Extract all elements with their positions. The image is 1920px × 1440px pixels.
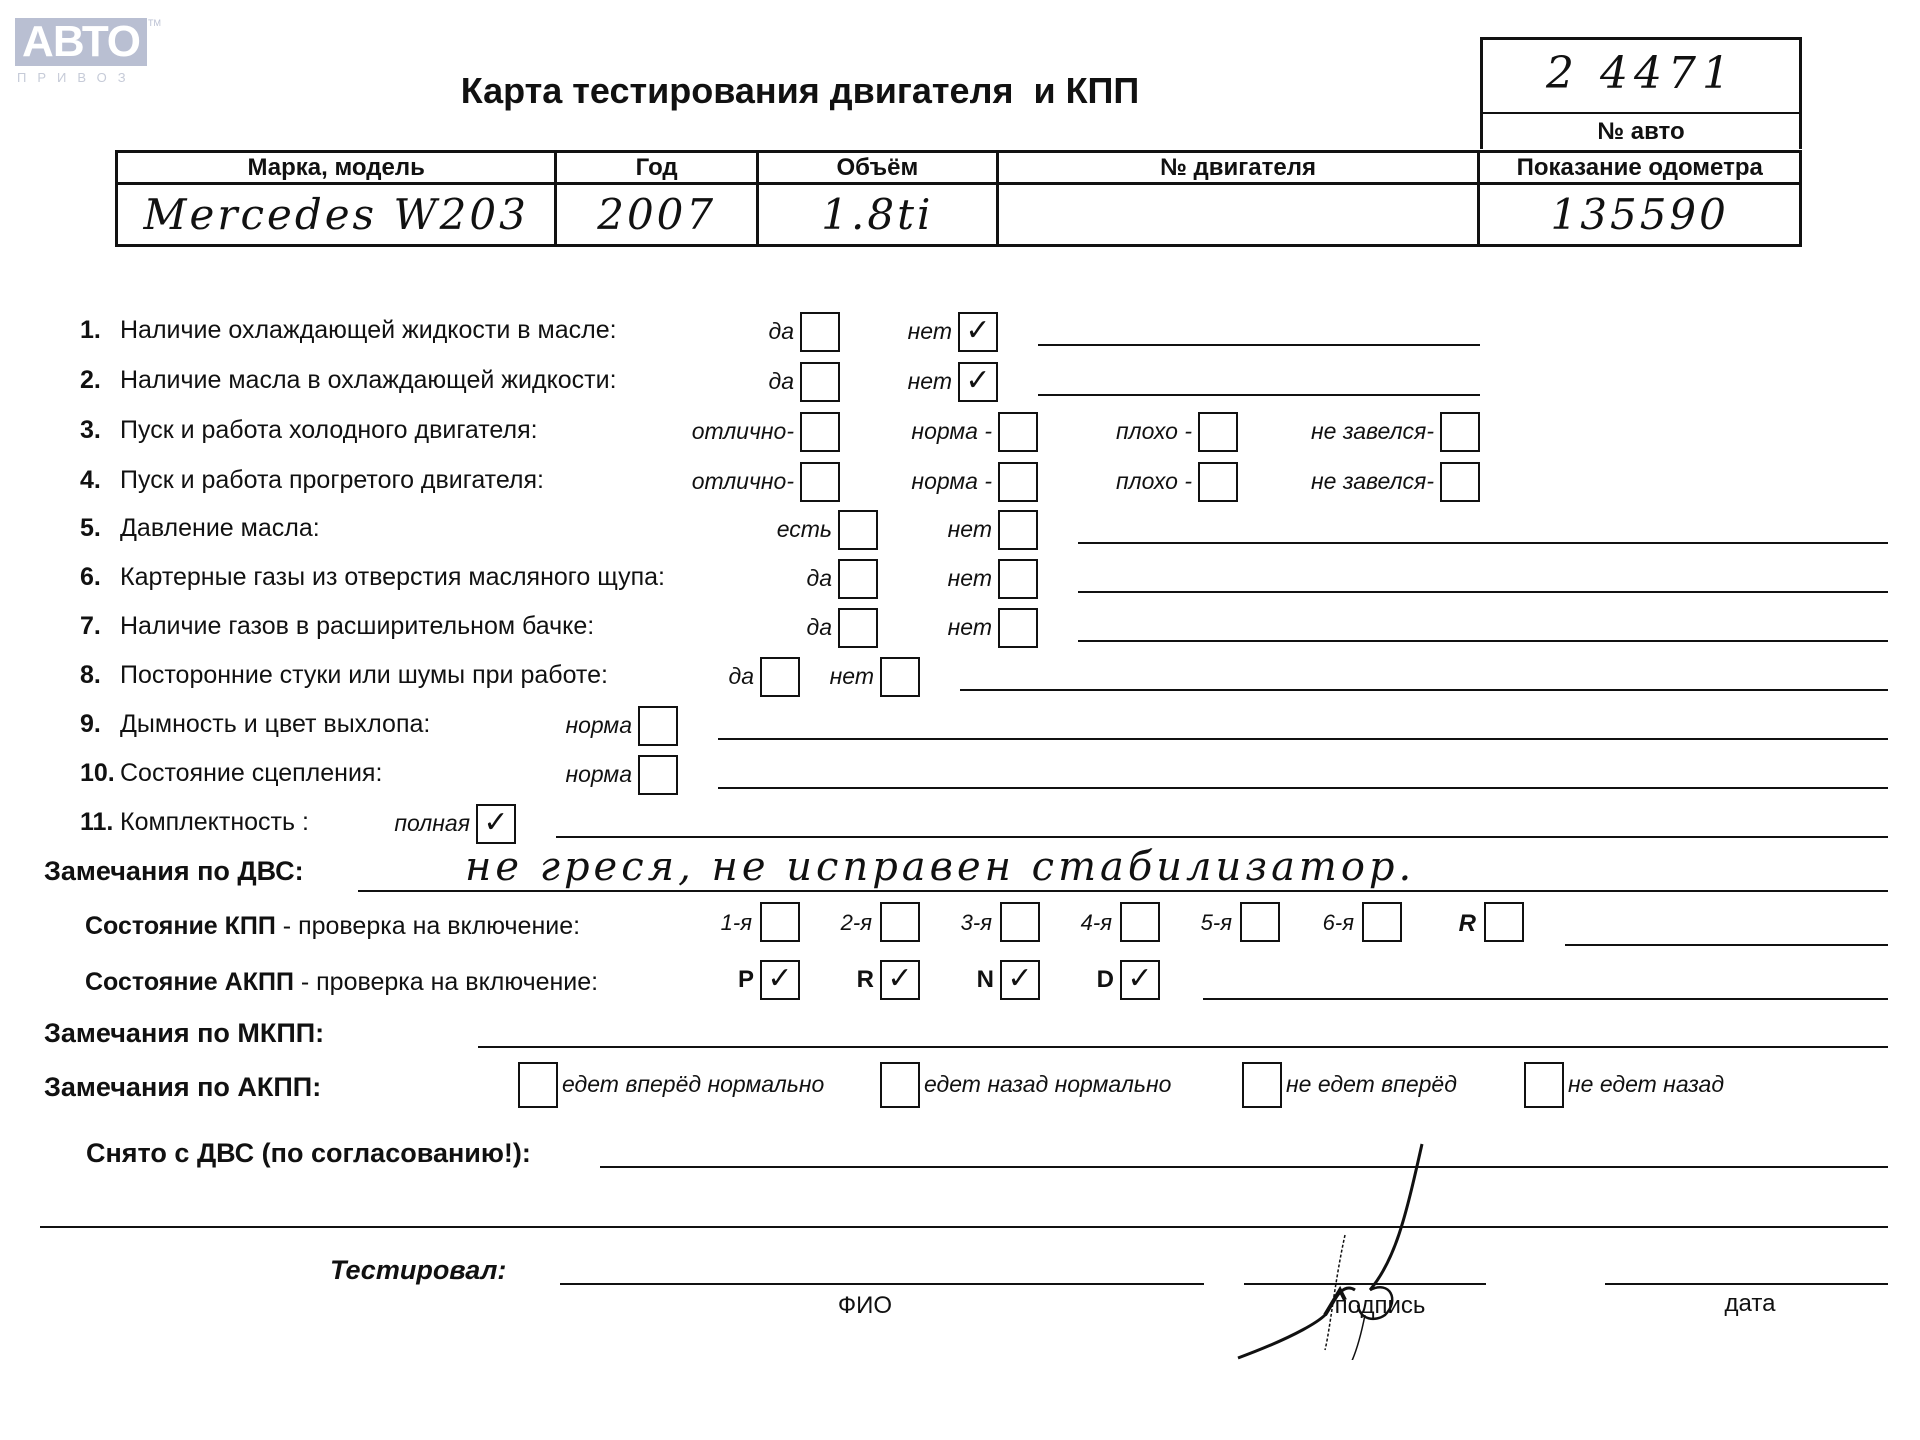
- option-label: нет: [776, 614, 992, 641]
- notes-line[interactable]: [1038, 394, 1480, 396]
- auto-remark-checkbox[interactable]: [1524, 1062, 1564, 1108]
- auto-remark-option-label: не едет назад: [1568, 1071, 1724, 1098]
- removed-line-2[interactable]: [40, 1226, 1888, 1228]
- checkbox[interactable]: [1440, 412, 1480, 452]
- option-label: нет: [776, 516, 992, 543]
- item-text: Наличие масла в охлаждающей жидкости:: [120, 366, 617, 394]
- option-label: плохо -: [976, 468, 1192, 495]
- manual-gearbox-line: [1565, 944, 1888, 946]
- item-number: 5.: [80, 514, 120, 543]
- name-caption: ФИО: [780, 1292, 950, 1320]
- volume-value[interactable]: 1.8ti: [758, 184, 998, 246]
- auto-remark-option-label: едет вперёд нормально: [562, 1071, 824, 1098]
- checkbox[interactable]: [998, 559, 1038, 599]
- manual-gearbox-label-bold: Состояние КПП: [85, 912, 276, 940]
- name-line[interactable]: [560, 1283, 1204, 1285]
- manual-gearbox-label: Состояние КПП - проверка на включение:: [85, 912, 580, 941]
- table-header-row: Марка, модель Год Объём № двигателя Пока…: [117, 152, 1801, 184]
- checklist-item-label: 4.Пуск и работа прогретого двигателя:: [80, 466, 544, 495]
- table-row: Mercedes W203 2007 1.8ti 135590: [117, 184, 1801, 246]
- header-year: Год: [556, 152, 758, 184]
- auto-remark-option-label: не едет вперёд: [1286, 1071, 1457, 1098]
- header-odometer: Показание одометра: [1479, 152, 1801, 184]
- gear-label: R: [1260, 910, 1476, 938]
- option-label: нет: [736, 368, 952, 395]
- signature-scribble: [1230, 1140, 1450, 1360]
- odometer-value[interactable]: 135590: [1479, 184, 1801, 246]
- item-number: 4.: [80, 466, 120, 495]
- date-caption: дата: [1670, 1290, 1830, 1318]
- checklist-item-label: 3.Пуск и работа холодного двигателя:: [80, 416, 538, 445]
- page-title: Карта тестирования двигателя и КПП: [200, 70, 1400, 112]
- checklist-item-label: 10.Состояние сцепления:: [80, 759, 382, 788]
- option-label: нет: [736, 318, 952, 345]
- engine-number-value[interactable]: [997, 184, 1479, 246]
- vehicle-info-table: Марка, модель Год Объём № двигателя Пока…: [115, 150, 1802, 247]
- item-text: Посторонние стуки или шумы при работе:: [120, 661, 608, 689]
- checklist-item-label: 7.Наличие газов в расширительном бачке:: [80, 612, 594, 641]
- logo: АВТО TM ПРИВОЗ: [15, 18, 150, 82]
- auto-gearbox-line: [1203, 998, 1888, 1000]
- checklist-item-label: 1.Наличие охлаждающей жидкости в масле:: [80, 316, 617, 345]
- header-make-model: Марка, модель: [117, 152, 556, 184]
- notes-line[interactable]: [718, 787, 1888, 789]
- notes-line[interactable]: [1078, 591, 1888, 593]
- item-number: 9.: [80, 710, 120, 739]
- checklist-item-label: 6.Картерные газы из отверстия масляного …: [80, 563, 665, 592]
- item-text: Пуск и работа прогретого двигателя:: [120, 466, 544, 494]
- item-text: Дымность и цвет выхлопа:: [120, 710, 430, 738]
- gear-label: D: [898, 966, 1114, 994]
- checkbox[interactable]: [1440, 462, 1480, 502]
- item-number: 3.: [80, 416, 120, 445]
- option-label: норма -: [776, 418, 992, 445]
- date-line[interactable]: [1605, 1283, 1888, 1285]
- car-number-label: № авто: [1483, 118, 1799, 146]
- item-number: 11.: [80, 808, 120, 837]
- notes-line[interactable]: [1038, 344, 1480, 346]
- item-number: 6.: [80, 563, 120, 592]
- auto-remark-checkbox[interactable]: [518, 1062, 558, 1108]
- checkbox[interactable]: ✓: [476, 804, 516, 844]
- checkbox[interactable]: ✓: [958, 312, 998, 352]
- logo-trademark: TM: [148, 18, 161, 28]
- item-text: Давление масла:: [120, 514, 320, 542]
- manual-gearbox-label-rest: - проверка на включение:: [276, 912, 580, 940]
- header-volume: Объём: [758, 152, 998, 184]
- item-text: Наличие охлаждающей жидкости в масле:: [120, 316, 617, 344]
- option-label: плохо -: [976, 418, 1192, 445]
- make-model-value[interactable]: Mercedes W203: [117, 184, 556, 246]
- manual-remarks-line[interactable]: [478, 1046, 1888, 1048]
- tested-by-label: Тестировал:: [330, 1255, 506, 1286]
- auto-remark-checkbox[interactable]: [1242, 1062, 1282, 1108]
- auto-remark-checkbox[interactable]: [880, 1062, 920, 1108]
- auto-gearbox-label-bold: Состояние АКПП: [85, 968, 294, 996]
- gear-checkbox[interactable]: ✓: [1120, 960, 1160, 1000]
- checkbox[interactable]: ✓: [958, 362, 998, 402]
- option-label: не завелся-: [1218, 418, 1434, 445]
- auto-gearbox-label: Состояние АКПП - проверка на включение:: [85, 968, 598, 997]
- item-number: 2.: [80, 366, 120, 395]
- checkbox[interactable]: [998, 608, 1038, 648]
- item-text: Пуск и работа холодного двигателя:: [120, 416, 538, 444]
- option-label: полная: [254, 810, 470, 837]
- checklist-item-label: 5.Давление масла:: [80, 514, 320, 543]
- auto-remark-option-label: едет назад нормально: [924, 1071, 1171, 1098]
- option-label: не завелся-: [1218, 468, 1434, 495]
- item-text: Наличие газов в расширительном бачке:: [120, 612, 594, 640]
- item-text: Картерные газы из отверстия масляного щу…: [120, 563, 665, 591]
- notes-line[interactable]: [556, 836, 1888, 838]
- item-number: 10.: [80, 759, 120, 788]
- car-number-value[interactable]: 2 4471: [1483, 48, 1799, 114]
- year-value[interactable]: 2007: [556, 184, 758, 246]
- checkbox[interactable]: [880, 657, 920, 697]
- item-number: 1.: [80, 316, 120, 345]
- option-label: нет: [776, 565, 992, 592]
- option-label: нет: [658, 663, 874, 690]
- auto-remarks-label: Замечания по АКПП:: [44, 1072, 321, 1103]
- item-text: Состояние сцепления:: [120, 759, 382, 787]
- car-number-box: 2 4471 № авто: [1480, 37, 1802, 149]
- checklist-item-label: 2.Наличие масла в охлаждающей жидкости:: [80, 366, 617, 395]
- manual-remarks-label: Замечания по МКПП:: [44, 1018, 324, 1049]
- option-label: отлично-: [578, 468, 794, 495]
- gear-checkbox[interactable]: [1484, 902, 1524, 942]
- item-number: 8.: [80, 661, 120, 690]
- logo-brand: АВТО: [15, 18, 147, 66]
- checklist-item-label: 8.Посторонние стуки или шумы при работе:: [80, 661, 608, 690]
- option-label: отлично-: [578, 418, 794, 445]
- checkbox[interactable]: [638, 706, 678, 746]
- option-label: норма: [416, 712, 632, 739]
- option-label: норма -: [776, 468, 992, 495]
- notes-line[interactable]: [960, 689, 1888, 691]
- engine-remarks-label: Замечания по ДВС:: [44, 856, 304, 887]
- option-label: норма: [416, 761, 632, 788]
- notes-line[interactable]: [718, 738, 1888, 740]
- checkbox[interactable]: [998, 510, 1038, 550]
- checklist-item-label: 9.Дымность и цвет выхлопа:: [80, 710, 430, 739]
- logo-subtitle: ПРИВОЗ: [17, 70, 149, 85]
- notes-line[interactable]: [1078, 542, 1888, 544]
- engine-remarks-value[interactable]: не греся, не исправен стабилизатор.: [465, 844, 1415, 890]
- engine-remarks-line: [358, 890, 1888, 892]
- notes-line[interactable]: [1078, 640, 1888, 642]
- removed-label: Снято с ДВС (по согласованию!):: [86, 1138, 531, 1169]
- checkbox[interactable]: [638, 755, 678, 795]
- header-engine-number: № двигателя: [997, 152, 1479, 184]
- item-number: 7.: [80, 612, 120, 641]
